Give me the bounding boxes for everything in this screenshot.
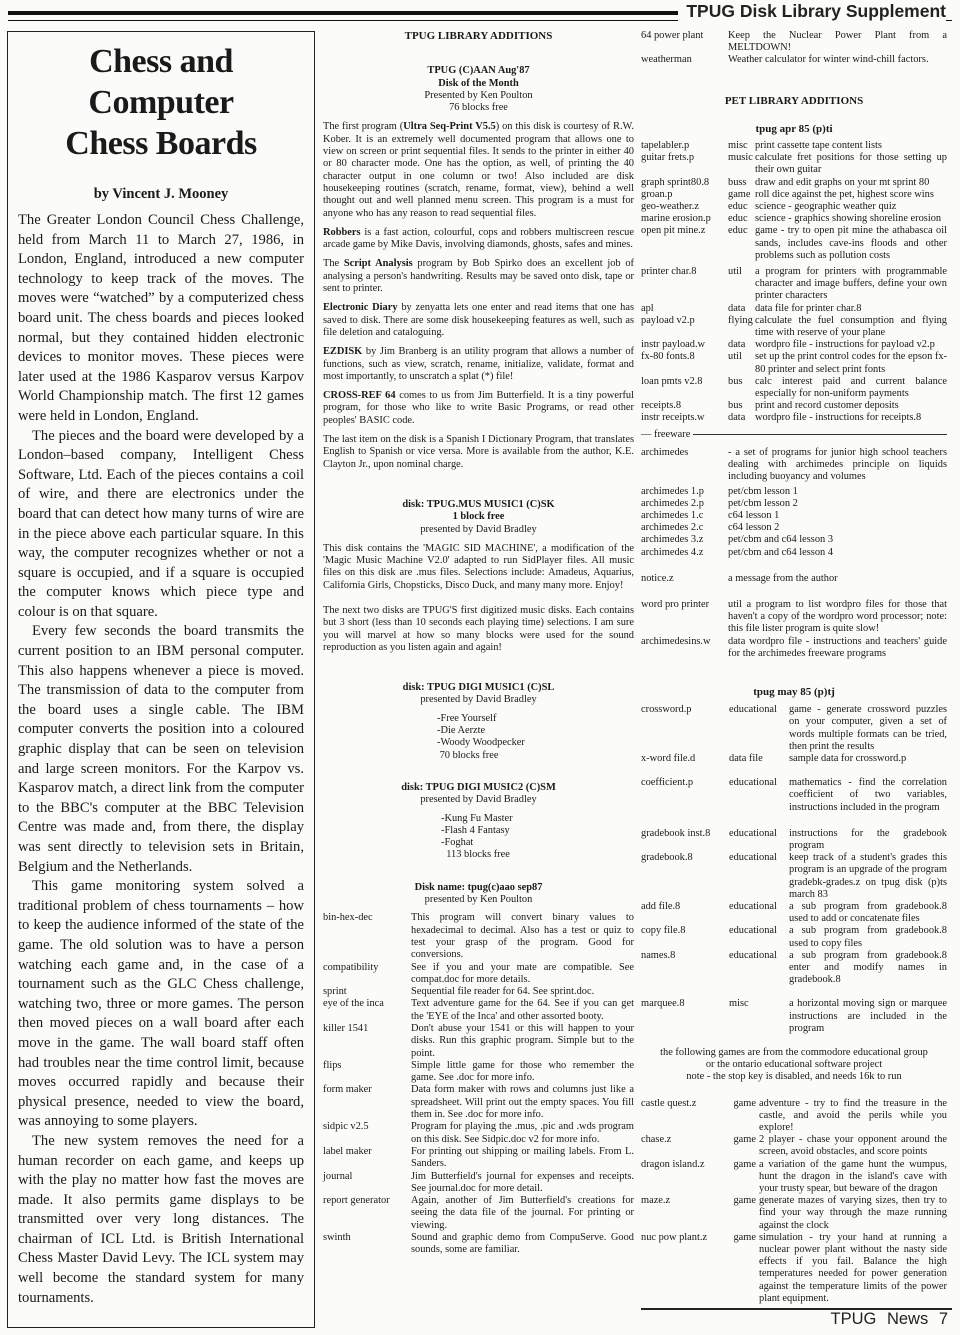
- program-description: Electronic Diary by zenyatta lets one en…: [323, 302, 634, 339]
- program-row: add file.8educationala sub program from …: [641, 901, 947, 925]
- blocks-free: 113 blocks free: [441, 849, 634, 861]
- track-item: -Foghat: [441, 837, 634, 849]
- freeware-table: archimedes- a set of programs for junior…: [641, 447, 947, 660]
- section-title: TPUG LIBRARY ADDITIONS: [323, 30, 634, 42]
- games-table: castle quest.zgameadventure - try to fin…: [641, 1098, 947, 1305]
- disk-description: This disk contains the 'MAGIC SID MACHIN…: [323, 543, 634, 592]
- program-row: instr payload.wdatawordpro file - instru…: [641, 339, 947, 351]
- program-row: loan pmts v2.8buscalc interest paid and …: [641, 376, 947, 400]
- program-row: archimedes 1.cc64 lesson 1: [641, 510, 947, 522]
- program-row: marine erosion.peducscience - graphics s…: [641, 213, 947, 225]
- disk-music1-header: disk: TPUG.MUS MUSIC1 (C)SK 1 block free…: [323, 499, 634, 536]
- program-row: archimedes- a set of programs for junior…: [641, 447, 947, 484]
- disk-apr85-title: tpug apr 85 (p)ti: [641, 123, 947, 135]
- program-row: printer char.8utila program for printers…: [641, 266, 947, 303]
- program-row: archimedesins.wdata wordpro file - instr…: [641, 636, 947, 660]
- program-description: Robbers is a fast action, colourful, cop…: [323, 227, 634, 252]
- program-row: archimedes 3.zpet/cbm and c64 lesson 3: [641, 534, 947, 546]
- article-paragraph: Every few seconds the board transmits th…: [18, 622, 304, 877]
- program-row: receipts.8busprint and record customer d…: [641, 400, 947, 412]
- program-row: gradebook inst.8educationalinstructions …: [641, 828, 947, 852]
- program-row: marquee.8misca horizontal moving sign or…: [641, 998, 947, 1035]
- disk-may85-title: tpug may 85 (p)tj: [641, 686, 947, 698]
- program-row: fx-80 fonts.8utilset up the print contro…: [641, 351, 947, 375]
- program-row: copy file.8educationala sub program from…: [641, 925, 947, 949]
- disk-sep87-header: Disk name: tpug(c)aao sep87 presented by…: [323, 882, 634, 907]
- header-rule-thick: [8, 11, 700, 15]
- program-row: instr receipts.wdatawordpro file - instr…: [641, 412, 947, 424]
- article-paragraph: This game monitoring system solved a tra…: [18, 877, 304, 1132]
- disk-description: The next two disks are TPUG'S first digi…: [323, 605, 634, 654]
- program-row: word pro printerutil a program to list w…: [641, 599, 947, 636]
- program-row: weathermanWeather calculator for winter …: [641, 54, 947, 66]
- chess-article-box: Chess and Computer Chess Boards by Vince…: [7, 31, 315, 1328]
- program-row: notice.za message from the author: [641, 573, 947, 585]
- disk-digi1-header: disk: TPUG DIGI MUSIC1 (C)SL presented b…: [323, 682, 634, 707]
- program-row: guitar frets.pmusiccalculate fret positi…: [641, 152, 947, 176]
- track-item: -Die Aerzte: [437, 725, 634, 737]
- may85-table: crossword.peducationalgame - generate cr…: [641, 704, 947, 1035]
- program-row: geo-weather.zeducscience - geographic we…: [641, 201, 947, 213]
- program-table: bin-hex-decThis program will convert bin…: [323, 912, 634, 1256]
- program-row: gradebook.8educationalkeep track of a st…: [641, 852, 947, 901]
- program-row: killer 1541Don't abuse your 1541 or this…: [323, 1023, 634, 1060]
- article-body: The Greater London Council Chess Challen…: [18, 211, 304, 1308]
- article-byline: by Vincent J. Mooney: [18, 186, 304, 203]
- article-paragraph: The pieces and the board were developed …: [18, 427, 304, 623]
- program-row: payload v2.pflyingcalculate the fuel con…: [641, 315, 947, 339]
- program-row: apldatadata file for printer char.8: [641, 303, 947, 315]
- program-row: label makerFor printing out shipping or …: [323, 1146, 634, 1171]
- apr85-table: tapelabler.pmiscprint cassette tape cont…: [641, 140, 947, 425]
- pet-library-column: 64 power plantKeep the Nuclear Power Pla…: [641, 30, 947, 1305]
- program-row: coefficient.peducationalmathematics - fi…: [641, 777, 947, 814]
- program-row: graph sprint80.8bussdraw and edit graphs…: [641, 177, 947, 189]
- program-row: castle quest.zgameadventure - try to fin…: [641, 1098, 947, 1135]
- program-row: swinthSound and graphic demo from CompuS…: [323, 1232, 634, 1257]
- tpug-library-column: TPUG LIBRARY ADDITIONS TPUG (C)AAN Aug'8…: [323, 30, 634, 1257]
- program-row: eye of the incaText adventure game for t…: [323, 998, 634, 1023]
- program-description: The first program (Ultra Seq-Print V5.5)…: [323, 121, 634, 219]
- track-item: -Free Yourself: [437, 713, 634, 725]
- program-row: sprintSequential file reader for 64. See…: [323, 986, 634, 998]
- program-row: archimedes 4.zpet/cbm and c64 lesson 4: [641, 547, 947, 559]
- disk-digi2-header: disk: TPUG DIGI MUSIC2 (C)SM presented b…: [323, 782, 634, 807]
- track-item: -Woody Woodpecker: [437, 737, 634, 749]
- games-note: the following games are from the commodo…: [641, 1047, 947, 1084]
- program-row: maze.zgamegenerate mazes of varying size…: [641, 1195, 947, 1232]
- program-row: x-word file.ddata filesample data for cr…: [641, 753, 947, 765]
- article-paragraph: The new system removes the need for a hu…: [18, 1132, 304, 1308]
- program-row: nuc pow plant.zgamesimulation - try your…: [641, 1232, 947, 1305]
- program-row: journalJim Butterfield's journal for exp…: [323, 1171, 634, 1196]
- program-row: groan.pgameroll dice against the pet, hi…: [641, 189, 947, 201]
- program-row: flipsSimple little game for those who re…: [323, 1060, 634, 1085]
- page-header-title: TPUG Disk Library Supplement: [678, 1, 946, 22]
- disk-aug87-header: TPUG (C)AAN Aug'87 Disk of the Month Pre…: [323, 65, 634, 114]
- program-row: crossword.peducationalgame - generate cr…: [641, 704, 947, 753]
- program-row: tapelabler.pmiscprint cassette tape cont…: [641, 140, 947, 152]
- program-description: The Script Analysis program by Bob Spirk…: [323, 258, 634, 295]
- program-row: archimedes 2.ppet/cbm lesson 2: [641, 498, 947, 510]
- publication-name: TPUG News: [831, 1310, 929, 1328]
- program-row: report generatorAgain, another of Jim Bu…: [323, 1195, 634, 1232]
- program-row: bin-hex-decThis program will convert bin…: [323, 912, 634, 961]
- blocks-free: 70 blocks free: [437, 750, 634, 762]
- track-item: -Kung Fu Master: [441, 813, 634, 825]
- program-row: open pit mine.zeducgame - try to open pi…: [641, 225, 947, 262]
- program-row: form makerData form maker with rows and …: [323, 1084, 634, 1121]
- pet-section-title: PET LIBRARY ADDITIONS: [641, 95, 947, 107]
- article-title: Chess and Computer Chess Boards: [18, 41, 304, 164]
- program-description: The last item on the disk is a Spanish I…: [323, 434, 634, 471]
- freeware-divider: — freeware: [641, 429, 947, 441]
- program-row: compatibilitySee if you and your mate ar…: [323, 962, 634, 987]
- program-description: EZDISK by Jim Branberg is an utility pro…: [323, 346, 634, 383]
- program-row: names.8educationala sub program from gra…: [641, 950, 947, 987]
- program-row: dragon island.zgamea variation of the ga…: [641, 1159, 947, 1196]
- article-paragraph: The Greater London Council Chess Challen…: [18, 211, 304, 427]
- track-list: -Free Yourself -Die Aerzte -Woody Woodpe…: [437, 713, 634, 762]
- program-row: chase.zgame2 player - chase your opponen…: [641, 1134, 947, 1158]
- program-row: 64 power plantKeep the Nuclear Power Pla…: [641, 30, 947, 54]
- program-row: archimedes 1.ppet/cbm lesson 1: [641, 486, 947, 498]
- program-description: CROSS-REF 64 comes to us from Jim Butter…: [323, 390, 634, 427]
- track-list: -Kung Fu Master -Flash 4 Fantasy -Foghat…: [441, 813, 634, 862]
- page-number: 7: [939, 1310, 948, 1328]
- program-row: sidpic v2.5Program for playing the .mus,…: [323, 1121, 634, 1146]
- track-item: -Flash 4 Fantasy: [441, 825, 634, 837]
- program-row: archimedes 2.cc64 lesson 2: [641, 522, 947, 534]
- page-footer: TPUG News 7: [831, 1310, 948, 1329]
